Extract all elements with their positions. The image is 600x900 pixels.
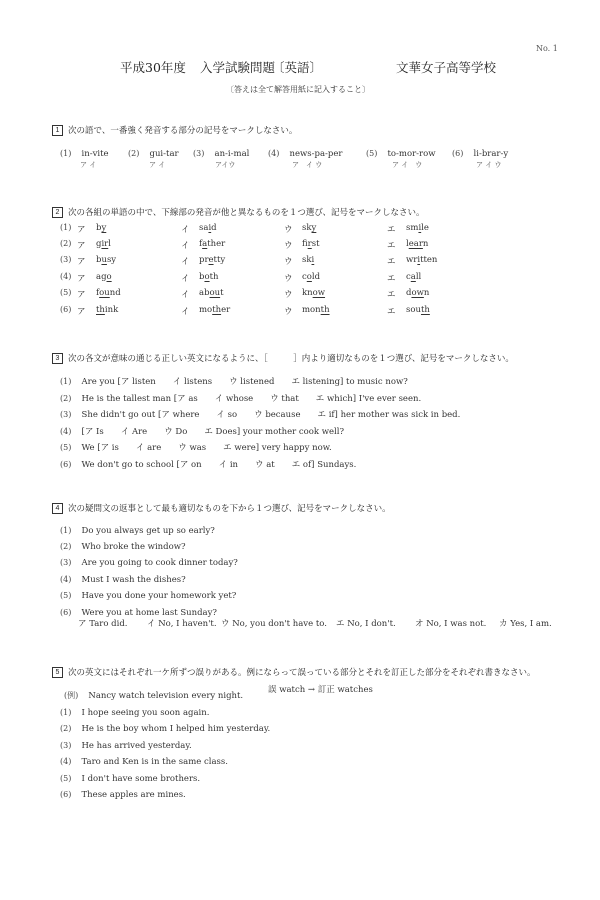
option-mark: エ [387, 255, 396, 267]
stress-marks: ア イ ウ [476, 160, 501, 170]
option-mark: イ [181, 255, 190, 267]
word: gui-tar [150, 149, 179, 159]
option-mark: イ [181, 223, 190, 235]
section-number-box: 5 [52, 667, 63, 678]
s1-item-6: (6) li-brar-y [452, 141, 508, 160]
option-word: by [96, 223, 106, 233]
option-mark: イ [181, 239, 190, 251]
word-part: kn [302, 288, 313, 298]
word-part: er [221, 305, 230, 315]
word-part: ag [96, 272, 107, 282]
exam-year: 平成30年度 [120, 58, 186, 76]
underlined-part: y [312, 223, 317, 233]
option-word: ski [302, 255, 314, 265]
answer-option-c: ウ No, you don't have to. [221, 617, 327, 629]
option-word: think [96, 305, 118, 315]
word-part: mon [302, 305, 321, 315]
word-part: wr [406, 255, 417, 265]
option-word: down [406, 288, 429, 298]
option-mark: エ [387, 223, 396, 235]
word-part: le [421, 223, 429, 233]
page-number: No. 1 [536, 44, 558, 53]
word-part: sy [107, 255, 116, 265]
word-part: sk [302, 223, 312, 233]
option-mark: ウ [284, 255, 293, 267]
word: li-brar-y [474, 149, 509, 159]
word-part: n [424, 288, 429, 298]
s2-row-number: (3) [60, 255, 71, 264]
word-part: pr [199, 255, 209, 265]
word-part: mo [199, 305, 212, 315]
underlined-part: ou [99, 288, 110, 298]
s2-row-number: (4) [60, 272, 71, 281]
word: news-pa-per [290, 149, 343, 159]
exam-title: 入学試験問題 [200, 58, 275, 76]
section-2-heading: 2 次の各組の単語の中で、下線部の発音が他と異なるものを１つ選び、記号をマークし… [52, 206, 425, 218]
stress-marks: ア イ ウ [392, 160, 422, 170]
word: to-mor-row [388, 149, 436, 159]
answer-note: 〔答えは全て解答用紙に記入すること〕 [226, 84, 370, 95]
question-text: These apples are mines. [82, 790, 186, 800]
word-part: ab [199, 288, 210, 298]
option-word: mother [199, 305, 230, 315]
section-instruction: 次の各文が意味の通じる正しい英文になるように、［ ］内より適切なものを１つ選び、… [68, 352, 514, 364]
option-word: learn [406, 239, 428, 249]
word-part: sou [406, 305, 421, 315]
option-mark: ア [77, 255, 86, 267]
option-word: cold [302, 272, 320, 282]
school-name: 文華女子高等学校 [396, 58, 496, 76]
option-mark: ア [77, 223, 86, 235]
s2-row-number: (5) [60, 288, 71, 297]
option-word: father [199, 239, 225, 249]
exam-subject: 〔英語〕 [272, 58, 322, 76]
option-word: south [406, 305, 430, 315]
option-mark: ウ [284, 272, 293, 284]
option-mark: ア [77, 272, 86, 284]
option-word: about [199, 288, 224, 298]
word-part: n [423, 239, 428, 249]
underlined-part: ow [313, 288, 325, 298]
option-mark: エ [387, 288, 396, 300]
option-mark: イ [181, 305, 190, 317]
answer-option-e: オ No, I was not. [415, 617, 486, 629]
option-mark: ア [77, 305, 86, 317]
answer-option-d: エ No, I don't. [336, 617, 396, 629]
answer-option-f: カ Yes, I am. [499, 617, 552, 629]
stress-marks: ア イ [80, 160, 96, 170]
s1-item-4: (4) news-pa-per [268, 141, 342, 160]
option-word: found [96, 288, 121, 298]
underlined-part: th [421, 305, 430, 315]
word-part: l [108, 239, 111, 249]
s1-item-2: (2) gui-tar [128, 141, 179, 160]
underlined-part: th [212, 305, 221, 315]
s1-item-5: (5) to-mor-row [366, 141, 436, 160]
underlined-part: ow [411, 288, 423, 298]
option-word: written [406, 255, 437, 265]
answer-option-b: イ No, I haven't. [147, 617, 217, 629]
option-word: sky [302, 223, 316, 233]
s3-item-6: (6) We don't go to school [ア on イ in ウ a… [60, 452, 356, 471]
word-part: d [211, 223, 216, 233]
option-mark: エ [387, 305, 396, 317]
option-word: know [302, 288, 325, 298]
s2-row-number: (1) [60, 223, 71, 232]
s2-row-number: (6) [60, 305, 71, 314]
stress-marks: アイウ [215, 160, 235, 170]
word-part: tten [420, 255, 437, 265]
option-word: said [199, 223, 217, 233]
word-part: sm [406, 223, 418, 233]
fix-word: watches [337, 685, 372, 695]
word-part: th [210, 272, 219, 282]
word-part: t [220, 288, 223, 298]
section-number-box: 3 [52, 353, 63, 364]
word: in-vite [82, 149, 109, 159]
underlined-part: th [321, 305, 330, 315]
section-instruction: 次の語で、一番強く発音する部分の記号をマークしなさい。 [68, 124, 297, 136]
section-number-box: 4 [52, 503, 63, 514]
option-mark: ウ [284, 288, 293, 300]
word-part: tty [214, 255, 226, 265]
underlined-part: ou [210, 288, 221, 298]
option-mark: ウ [284, 305, 293, 317]
s5-item-6: (6) These apples are mines. [60, 782, 186, 801]
section-5-heading: 5 次の英文にはそれぞれ一ケ所ずつ誤りがある。例にならって誤っている部分とそれを… [52, 666, 536, 678]
word: an-i-mal [215, 149, 250, 159]
word-part: ld [312, 272, 320, 282]
option-mark: ウ [284, 223, 293, 235]
example-label: (例) [64, 691, 78, 700]
option-mark: イ [181, 272, 190, 284]
word-part: ink [105, 305, 118, 315]
option-word: both [199, 272, 218, 282]
option-word: pretty [199, 255, 225, 265]
option-word: girl [96, 239, 111, 249]
section-3-heading: 3 次の各文が意味の通じる正しい英文になるように、［ ］内より適切なものを１つ選… [52, 352, 514, 364]
fix-label: 訂正 [318, 685, 335, 695]
option-word: month [302, 305, 330, 315]
answer-option-a: ア Taro did. [78, 617, 127, 629]
stress-marks: ア イ [149, 160, 165, 170]
arrow-icon: → [308, 685, 315, 695]
example-correction: 誤 watch → 訂正 watches [268, 683, 373, 695]
option-word: smile [406, 223, 429, 233]
word-part: sk [302, 255, 312, 265]
word-part: nd [110, 288, 121, 298]
option-word: first [302, 239, 320, 249]
option-word: call [406, 272, 421, 282]
error-label: 誤 [268, 685, 277, 695]
section-4-heading: 4 次の疑問文の返事として最も適切なものを下から１つ選び、記号をマークしなさい。 [52, 502, 391, 514]
option-mark: ア [77, 288, 86, 300]
section-1-heading: 1 次の語で、一番強く発音する部分の記号をマークしなさい。 [52, 124, 297, 136]
option-word: ago [96, 272, 112, 282]
s2-row-number: (2) [60, 239, 71, 248]
option-mark: ア [77, 239, 86, 251]
word-part: ll [416, 272, 421, 282]
option-mark: ウ [284, 239, 293, 251]
s1-item-1: (1) in-vite [60, 141, 109, 160]
s1-item-3: (3) an-i-mal [193, 141, 249, 160]
section-number-box: 1 [52, 125, 63, 136]
underlined-part: y [101, 223, 106, 233]
word-part: st [312, 239, 320, 249]
underlined-part: o [107, 272, 112, 282]
section-instruction: 次の疑問文の返事として最も適切なものを下から１つ選び、記号をマークしなさい。 [68, 502, 391, 514]
stress-marks: ア イ ウ [292, 160, 322, 170]
section-instruction: 次の英文にはそれぞれ一ケ所ずつ誤りがある。例にならって誤っている部分とそれを訂正… [68, 666, 536, 678]
option-mark: イ [181, 288, 190, 300]
error-word: watch [279, 685, 305, 695]
option-word: busy [96, 255, 116, 265]
section-number-box: 2 [52, 207, 63, 218]
underlined-part: th [96, 305, 105, 315]
underlined-part: i [312, 255, 315, 265]
question-text: We don't go to school [ア on イ in ウ at エ … [82, 460, 357, 470]
word-part: ther [207, 239, 225, 249]
underlined-part: ear [409, 239, 423, 249]
section-instruction: 次の各組の単語の中で、下線部の発音が他と異なるものを１つ選び、記号をマークしなさ… [68, 206, 425, 218]
option-mark: エ [387, 272, 396, 284]
option-mark: エ [387, 239, 396, 251]
